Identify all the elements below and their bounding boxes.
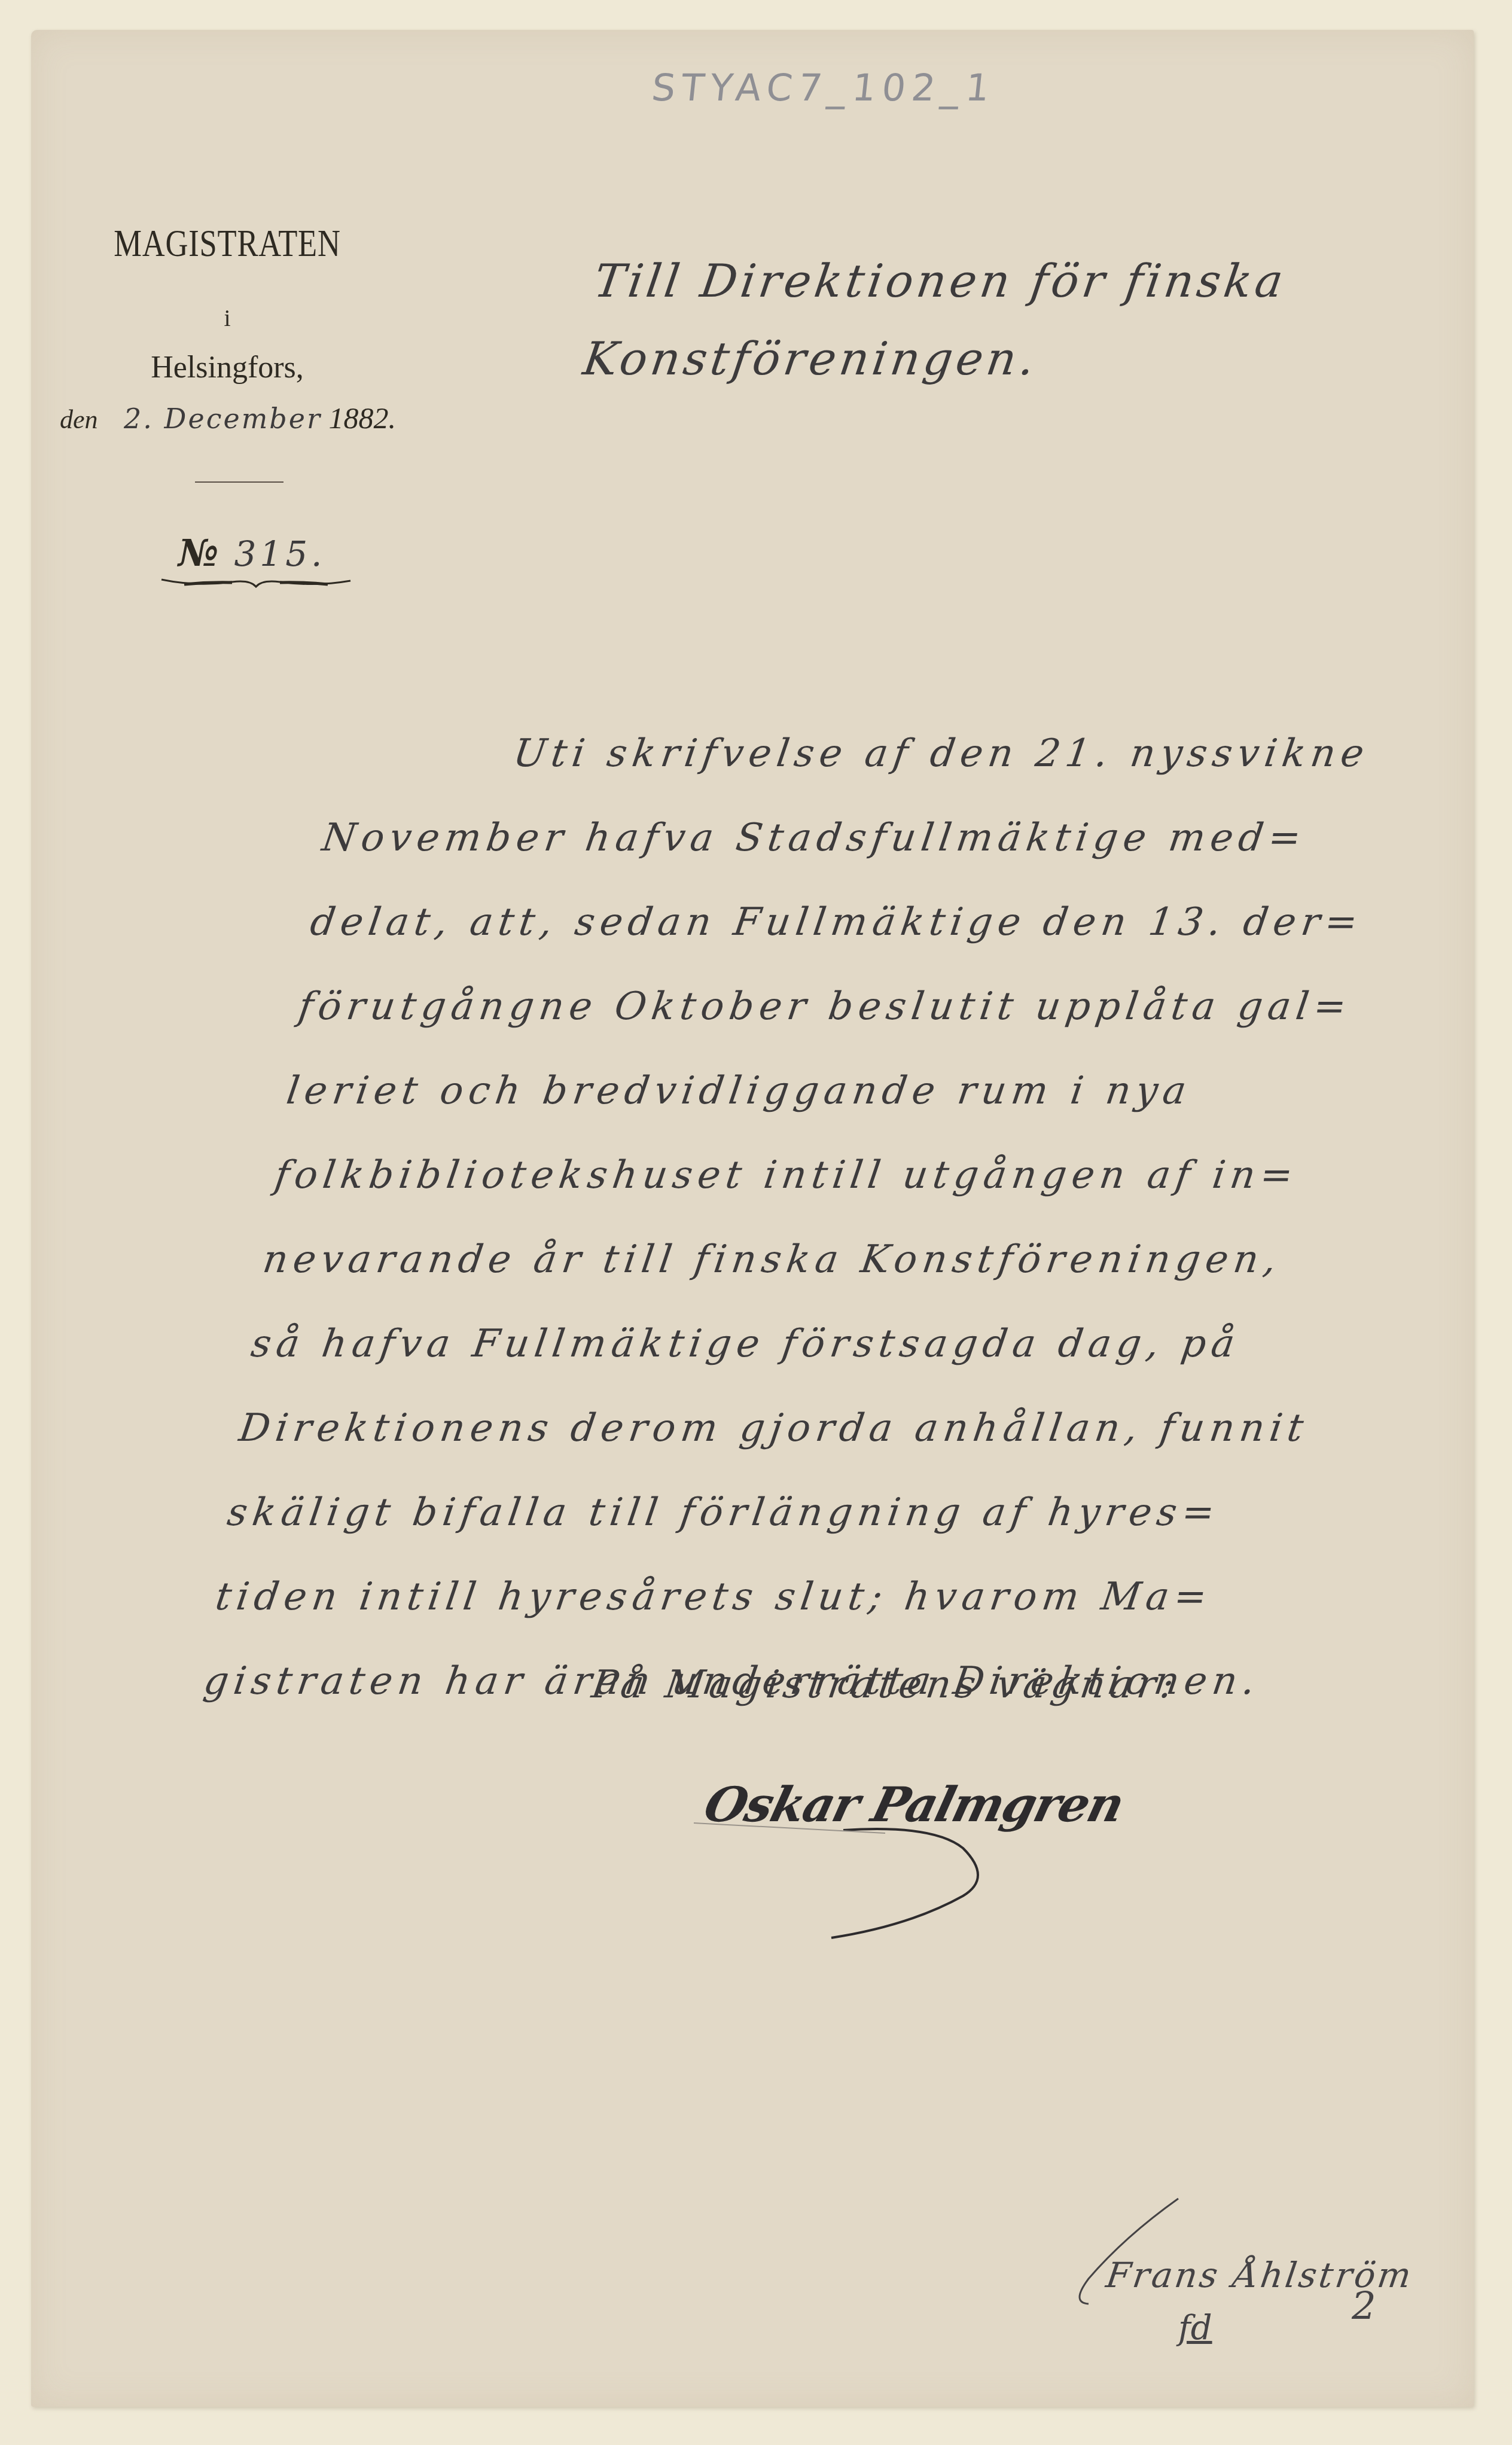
date-year: 1882. — [328, 401, 396, 435]
addressee: Till Direktionen för finska Konstförenin… — [578, 242, 1292, 398]
letterhead-preposition: i — [60, 304, 395, 332]
body-line: skäligt bifalla till förlängning af hyre… — [222, 1471, 1418, 1555]
pencil-annotation: Frans Åhlström fd 2 — [1053, 2189, 1471, 2368]
body-line: nevarande år till finska Konstföreningen… — [257, 1218, 1453, 1302]
numero-sign-icon: № — [178, 531, 218, 575]
letter-body: Uti skrifvelse af den 21. nyssvikne Nove… — [198, 712, 1512, 1724]
annotation-number: 2 — [1352, 2285, 1376, 2329]
signature-flourish-icon — [682, 1752, 1196, 1944]
body-line: Direktionens derom gjorda anhållan, funn… — [234, 1386, 1430, 1471]
letter-date: den 2. December 1882. — [60, 401, 396, 435]
addressee-line: Konstföreningen. — [578, 320, 1281, 398]
letterhead: MAGISTRATEN i Helsingfors, — [60, 221, 395, 385]
flourish-ornament-icon — [160, 577, 352, 595]
body-line: Uti skrifvelse af den 21. nyssvikne — [328, 712, 1512, 796]
body-line: delat, att, sedan Fullmäktige den 13. de… — [304, 880, 1501, 965]
body-line: November hafva Stadsfullmäktige med= — [316, 796, 1512, 880]
body-line: leriet och bredvidliggande rum i nya — [281, 1049, 1477, 1133]
document-number: № 315. — [178, 531, 326, 575]
body-line: folkbibliotekshuset intill utgången af i… — [269, 1133, 1465, 1218]
body-line: så hafva Fullmäktige förstsagda dag, på — [245, 1302, 1441, 1386]
date-prefix: den — [60, 405, 98, 434]
archive-reference: STYAC7_102_1 — [650, 66, 998, 109]
document-number-value: 315. — [234, 533, 325, 574]
letterhead-divider — [195, 481, 283, 483]
body-line: tiden intill hyresårets slut; hvarom Ma= — [210, 1555, 1406, 1639]
letterhead-authority: MAGISTRATEN — [90, 221, 364, 272]
body-line: förutgångne Oktober beslutit upplåta gal… — [293, 965, 1489, 1049]
closing-formula: På Magistratens vägnar: — [589, 1663, 1181, 1707]
annotation-abbreviation: fd — [1178, 2309, 1212, 2348]
date-handwritten: 2. December — [124, 403, 322, 435]
letterhead-city: Helsingfors, — [60, 350, 395, 385]
addressee-line: Till Direktionen för finska — [589, 242, 1291, 320]
signature: Oskar Palmgren — [682, 1752, 1196, 1944]
